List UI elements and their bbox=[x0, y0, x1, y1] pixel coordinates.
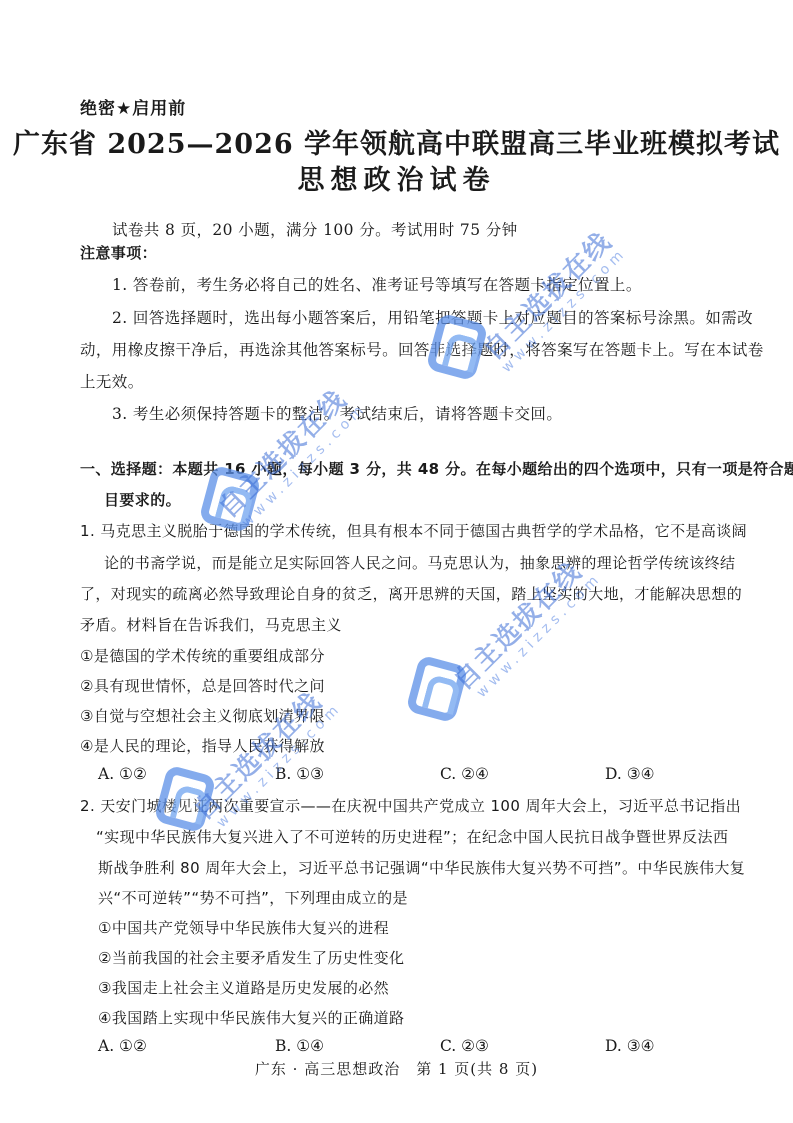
question-stem-line: 1. 马克思主义脱胎于德国的学术传统，但具有根本不同于德国古典哲学的学术品格，它… bbox=[80, 520, 747, 541]
notice-item-2: 2. 回答选择题时，选出每小题答案后，用铅笔把答题卡上对应题目的答案标号涂黑。如… bbox=[112, 306, 753, 328]
exam-title: 广东省 2025—2026 学年领航高中联盟高三毕业班模拟考试 bbox=[0, 122, 793, 161]
notice-item-3: 3. 考生必须保持答题卡的整洁。考试结束后，请将答题卡交回。 bbox=[112, 402, 562, 424]
watermark-text: 自主选拔在线 bbox=[444, 552, 589, 697]
statement-1: ①中国共产党领导中华民族伟大复兴的进程 bbox=[98, 917, 389, 938]
confidential-mark: 绝密★启用前 bbox=[80, 94, 186, 119]
question-stem-line: 了，对现实的疏离必然导致理论自身的贫乏，离开思辨的天国，踏上坚实的大地，才能解决… bbox=[80, 583, 742, 604]
option-b[interactable]: B. ①④ bbox=[275, 1037, 324, 1055]
statement-3: ③自觉与空想社会主义彻底划清界限 bbox=[80, 705, 325, 726]
exam-page: 绝密★启用前 广东省 2025—2026 学年领航高中联盟高三毕业班模拟考试 思… bbox=[0, 0, 793, 1123]
question-stem-line: 矛盾。材料旨在告诉我们，马克思主义 bbox=[80, 614, 342, 635]
option-d[interactable]: D. ③④ bbox=[605, 765, 655, 783]
option-a[interactable]: A. ①② bbox=[98, 1037, 147, 1055]
section-heading: 一、选择题：本题共 16 小题，每小题 3 分，共 48 分。在每小题给出的四个… bbox=[80, 458, 793, 479]
statement-3: ③我国走上社会主义道路是历史发展的必然 bbox=[98, 977, 389, 998]
subject-title: 思想政治试卷 bbox=[0, 158, 793, 197]
option-c[interactable]: C. ②④ bbox=[440, 765, 489, 783]
notice-item-2-end: 上无效。 bbox=[80, 370, 144, 392]
page-footer: 广东 · 高三思想政治 第 1 页(共 8 页) bbox=[0, 1058, 793, 1079]
notice-item-2-cont: 动，用橡皮擦干净后，再选涂其他答案标号。回答非选择题时，将答案写在答题卡上。写在… bbox=[80, 338, 764, 360]
question-stem-line: 2. 天安门城楼见证两次重要宣示——在庆祝中国共产党成立 100 周年大会上，习… bbox=[80, 795, 741, 816]
question-stem-line: 论的书斋学说，而是能立足实际回答人民之问。马克思认为，抽象思辨的理论哲学传统该终… bbox=[104, 552, 735, 573]
watermark-logo-icon bbox=[405, 655, 468, 724]
notice-heading: 注意事项： bbox=[80, 242, 157, 263]
option-d[interactable]: D. ③④ bbox=[605, 1037, 655, 1055]
option-a[interactable]: A. ①② bbox=[98, 765, 147, 783]
option-b[interactable]: B. ①③ bbox=[275, 765, 324, 783]
notice-item-1: 1. 答卷前，考生务必将自己的姓名、准考证号等填写在答题卡指定位置上。 bbox=[112, 273, 642, 295]
section-heading-cont: 目要求的。 bbox=[104, 489, 181, 510]
option-c[interactable]: C. ②③ bbox=[440, 1037, 489, 1055]
question-stem-line: “实现中华民族伟大复兴进入了不可逆转的历史进程”；在纪念中国人民抗日战争暨世界反… bbox=[96, 826, 728, 847]
statement-2: ②当前我国的社会主要矛盾发生了历史性变化 bbox=[98, 947, 404, 968]
statement-4: ④我国踏上实现中华民族伟大复兴的正确道路 bbox=[98, 1007, 404, 1028]
question-stem-line: 兴“不可逆转”“势不可挡”，下列理由成立的是 bbox=[98, 887, 408, 908]
statement-1: ①是德国的学术传统的重要组成部分 bbox=[80, 645, 325, 666]
exam-summary: 试卷共 8 页，20 小题，满分 100 分。考试用时 75 分钟 bbox=[112, 218, 518, 240]
statement-2: ②具有现世情怀，总是回答时代之问 bbox=[80, 675, 325, 696]
question-stem-line: 斯战争胜利 80 周年大会上，习近平总书记强调“中华民族伟大复兴势不可挡”。中华… bbox=[98, 857, 745, 878]
statement-4: ④是人民的理论，指导人民获得解放 bbox=[80, 735, 325, 756]
